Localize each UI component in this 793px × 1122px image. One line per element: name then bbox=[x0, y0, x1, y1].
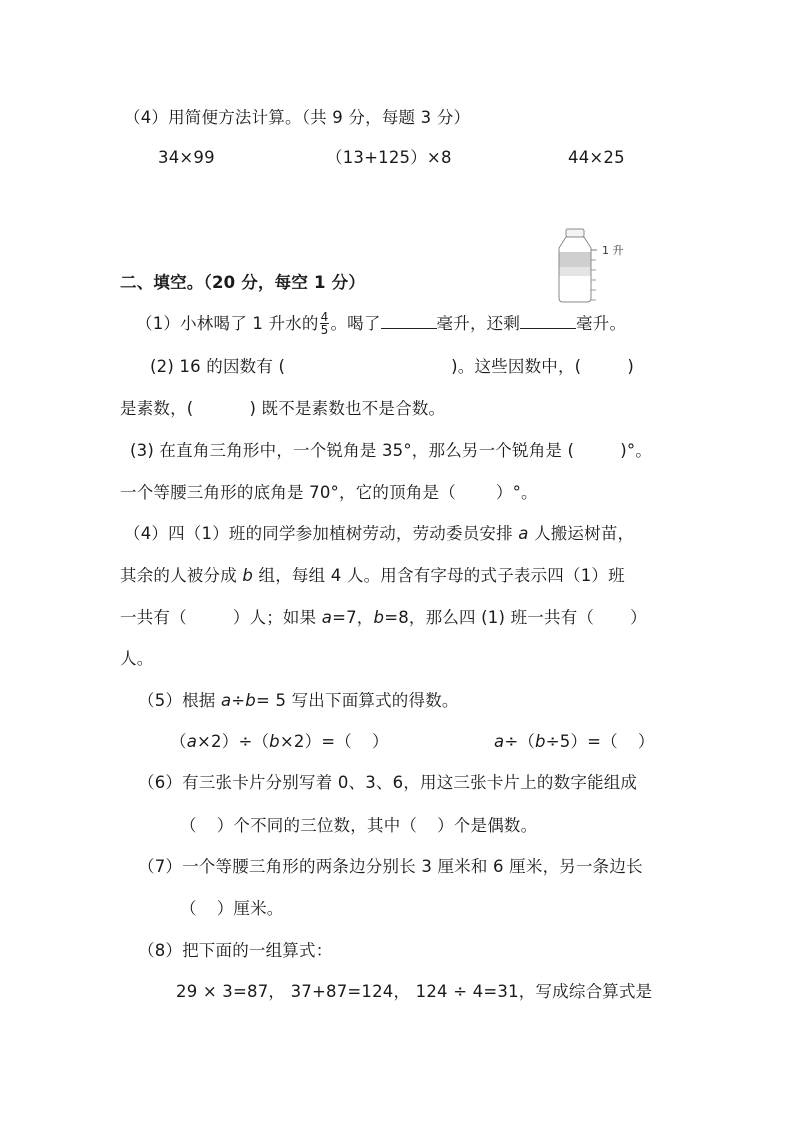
q5-expression-1: （a×2）÷（b×2）=（） bbox=[170, 731, 389, 753]
q4-line-3: 一共有（）人；如果 a=7，b=8，那么四 (1) 班一共有（） bbox=[120, 607, 647, 629]
calc-problem-3: 44×25 bbox=[568, 147, 625, 169]
q8-line-1: （8）把下面的一组算式： bbox=[138, 940, 332, 962]
calc-problem-1: 34×99 bbox=[158, 147, 215, 169]
fraction-four-fifths: 45 bbox=[320, 311, 330, 336]
q1-line: （1）小林喝了 1 升水的45。喝了毫升，还剩毫升。 bbox=[136, 312, 626, 337]
calc-problem-2: （13+125）×8 bbox=[326, 147, 452, 169]
q5-line-1: （5）根据 a÷b= 5 写出下面算式的得数。 bbox=[138, 690, 459, 712]
q3-line-1: (3) 在直角三角形中，一个锐角是 35°，那么另一个锐角是 ()°。 bbox=[130, 440, 652, 462]
q4-line-4: 人。 bbox=[120, 648, 153, 670]
q1-blank-drank[interactable] bbox=[381, 312, 437, 329]
q6-line-2: （）个不同的三位数，其中（）个是偶数。 bbox=[180, 815, 537, 837]
q2-line-2: 是素数，() 既不是素数也不是合数。 bbox=[120, 398, 445, 420]
section-title: 二、填空。（20 分，每空 1 分） bbox=[120, 272, 365, 294]
q5-expression-2: a÷（b÷5）=（） bbox=[494, 731, 655, 753]
q4-line-2: 其余的人被分成 b 组，每组 4 人。用含有字母的式子表示四（1）班 bbox=[120, 565, 625, 587]
q2-line-1: (2) 16 的因数有 ()。这些因数中，() bbox=[150, 356, 634, 378]
q7-line-1: （7）一个等腰三角形的两条边分别长 3 厘米和 6 厘米，另一条边长 bbox=[138, 856, 643, 878]
q3-line-2: 一个等腰三角形的底角是 70°，它的顶角是（）°。 bbox=[120, 482, 538, 504]
bottle-label: 1 升 bbox=[602, 242, 624, 258]
q8-line-2: 29 × 3=87， 37+87=124， 124 ÷ 4=31，写成综合算式是 bbox=[176, 981, 652, 1003]
simplify-calc-heading: （4）用简便方法计算。（共 9 分，每题 3 分） bbox=[124, 107, 470, 129]
q6-line-1: （6）有三张卡片分别写着 0、3、6，用这三张卡片上的数字能组成 bbox=[138, 772, 637, 794]
measuring-bottle-icon: 1 升 bbox=[552, 228, 632, 304]
q4-line-1: （4）四（1）班的同学参加植树劳动，劳动委员安排 a 人搬运树苗， bbox=[124, 523, 634, 545]
q7-line-2: （）厘米。 bbox=[180, 898, 284, 920]
q1-blank-remaining[interactable] bbox=[520, 312, 576, 329]
